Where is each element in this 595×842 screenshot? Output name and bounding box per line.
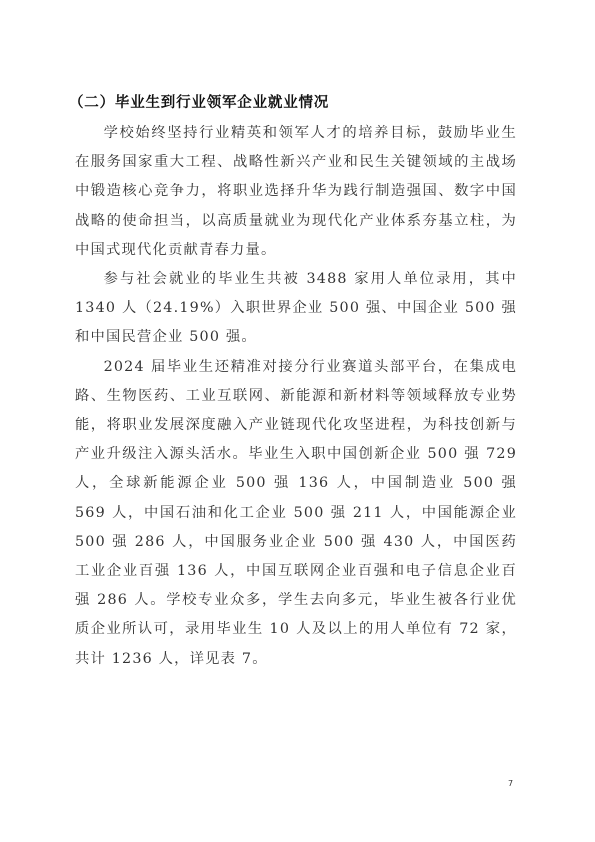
section-heading: （二）毕业生到行业领军企业就业情况 [69, 90, 517, 116]
paragraph-talent-goal: 学校始终坚持行业精英和领军人才的培养目标，鼓励毕业生在服务国家重大工程、战略性新… [75, 119, 517, 265]
document-page: （二）毕业生到行业领军企业就业情况 学校始终坚持行业精英和领军人才的培养目标，鼓… [75, 90, 517, 674]
paragraph-employer-count: 参与社会就业的毕业生共被 3488 家用人单位录用，其中 1340 人（24.1… [75, 265, 517, 353]
paragraph-industry-leaders: 2024 届毕业生还精准对接分行业赛道头部平台，在集成电路、生物医药、工业互联网… [75, 353, 517, 674]
page-number: 7 [508, 779, 513, 788]
